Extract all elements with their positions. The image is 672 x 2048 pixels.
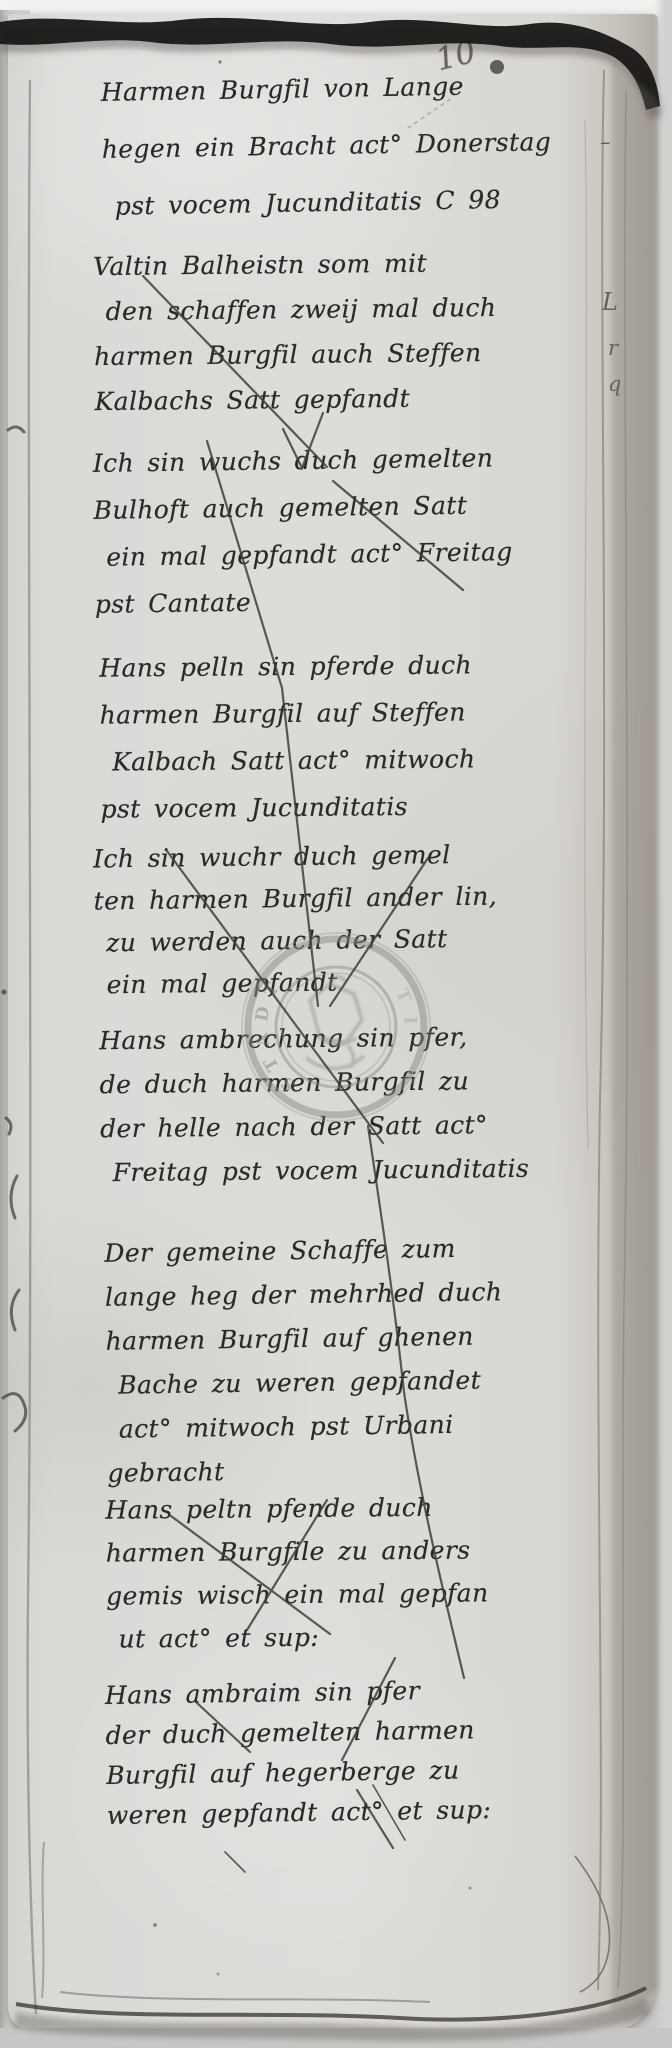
bottom-edge-crease xyxy=(16,1988,646,2020)
corner-crease xyxy=(42,1842,44,1998)
bottom-edge-shadow xyxy=(14,1996,650,2041)
stamp-letter: D xyxy=(252,1005,274,1023)
ink-blot xyxy=(490,60,504,74)
stamp-letter: I xyxy=(399,1016,420,1026)
torn-top-edge xyxy=(0,18,660,110)
stamp-letter: A xyxy=(252,1031,274,1049)
stamp-letter: T xyxy=(391,986,415,1006)
right-edge-shading xyxy=(612,60,658,2010)
manuscript-scan: Harmen Burgfil von Lange hegen ein Brach… xyxy=(0,0,672,2048)
left-edge-ink-fragments xyxy=(1,427,25,1431)
gutter-crease xyxy=(28,80,36,2014)
hair-fiber xyxy=(575,1856,610,1992)
archive-stamp: S T A D T T I xyxy=(242,933,430,1121)
bottom-edge-crease-2 xyxy=(60,1992,430,2002)
stamp-letter: T xyxy=(260,1053,284,1074)
page-decoration-layer: S T A D T T I xyxy=(0,0,672,2048)
stamp-emblem xyxy=(306,977,364,1069)
